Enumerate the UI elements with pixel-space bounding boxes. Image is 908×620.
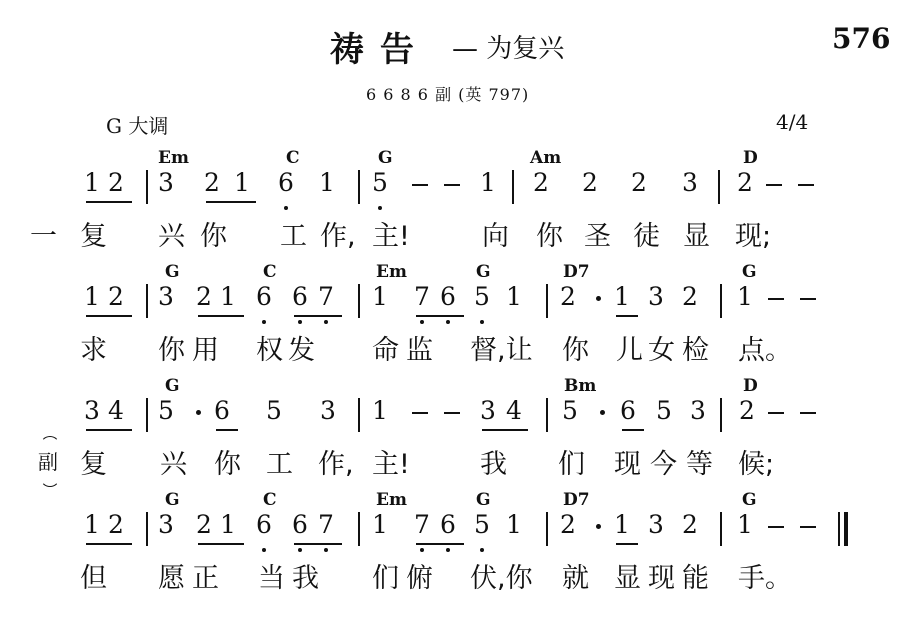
meter-info: 6 6 8 6 副 (英 797) [366, 82, 529, 105]
refrain-bracket-bottom [40, 472, 60, 487]
lyric-syllable: 我 [480, 442, 507, 481]
lyric-syllable: 圣 [584, 214, 611, 253]
note: 3 [82, 396, 102, 425]
chord-symbol: C [263, 490, 277, 510]
chord-symbol: G [165, 262, 180, 282]
sustain-dash [800, 526, 816, 528]
note: 1 [218, 510, 238, 539]
bar-line [358, 170, 360, 204]
lyric-syllable: 显 [614, 556, 641, 595]
lyric-syllable: 们 [372, 556, 399, 595]
note: 2 [680, 510, 700, 539]
bar-line [358, 512, 360, 546]
hymn-subtitle: — 为复兴 [452, 28, 564, 65]
note: 2 [737, 396, 757, 425]
bar-line [720, 512, 722, 546]
note: 3 [156, 168, 176, 197]
augmentation-dot [596, 524, 601, 529]
low-octave-dot [420, 548, 424, 552]
beam-underline [616, 543, 638, 545]
note: 7 [316, 282, 336, 311]
beam-underline [616, 315, 638, 317]
low-octave-dot [446, 548, 450, 552]
lyric-syllable: 督,让 [470, 328, 533, 367]
lyric-syllable: 主! [372, 442, 410, 481]
lyric-syllable: 作, [320, 214, 356, 253]
sustain-dash [768, 298, 784, 300]
beam-underline [198, 315, 244, 317]
augmentation-dot [600, 410, 605, 415]
beam-underline [86, 315, 132, 317]
sustain-dash [766, 184, 782, 186]
note: 2 [558, 282, 578, 311]
beam-underline [416, 543, 464, 545]
bar-line [146, 170, 148, 204]
note: 5 [560, 396, 580, 425]
note: 2 [106, 168, 126, 197]
note: 2 [106, 282, 126, 311]
chord-symbol: G [476, 490, 491, 510]
lyric-syllable: 就 [562, 556, 589, 595]
lyric-syllable: 现; [735, 214, 771, 253]
bar-line [546, 512, 548, 546]
beam-underline [294, 315, 342, 317]
lyric-syllable: 主! [372, 214, 410, 253]
note: 7 [316, 510, 336, 539]
lyric-syllable: 你 [214, 442, 241, 481]
note: 2 [735, 168, 755, 197]
chord-symbol: Am [530, 148, 561, 168]
note: 6 [618, 396, 638, 425]
lyric-syllable: 兴 [160, 442, 187, 481]
lyric-syllable: 作, [318, 442, 354, 481]
lyric-syllable: 工 [266, 442, 293, 481]
lyric-syllable: 正 [192, 556, 219, 595]
low-octave-dot [378, 206, 382, 210]
hymn-title: 祷 告 [330, 22, 416, 71]
note: 5 [264, 396, 284, 425]
beam-underline [294, 543, 342, 545]
low-octave-dot [324, 320, 328, 324]
low-octave-dot [262, 548, 266, 552]
augmentation-dot [196, 410, 201, 415]
note: 2 [194, 282, 214, 311]
lyric-syllable: 检 [682, 328, 709, 367]
note: 3 [646, 282, 666, 311]
bar-line [720, 284, 722, 318]
lyric-syllable: 我 [292, 556, 319, 595]
low-octave-dot [446, 320, 450, 324]
sustain-dash [444, 184, 460, 186]
lyric-syllable: 用 [192, 328, 219, 367]
note: 1 [370, 510, 390, 539]
bar-line [146, 398, 148, 432]
note: 5 [654, 396, 674, 425]
sustain-dash [768, 412, 784, 414]
chord-symbol: G [742, 490, 757, 510]
lyric-syllable: 愿 [158, 556, 185, 595]
note: 1 [735, 282, 755, 311]
lyric-syllable: 女 [648, 328, 675, 367]
note: 6 [212, 396, 232, 425]
low-octave-dot [298, 548, 302, 552]
note: 1 [317, 168, 337, 197]
verse-number: 一 [30, 214, 57, 253]
chord-symbol: C [286, 148, 300, 168]
chord-symbol: G [165, 490, 180, 510]
beam-underline [416, 315, 464, 317]
lyric-syllable: 你 [158, 328, 185, 367]
low-octave-dot [298, 320, 302, 324]
note: 3 [156, 282, 176, 311]
bar-line [718, 170, 720, 204]
lyric-syllable: 手。 [738, 556, 792, 595]
note: 2 [194, 510, 214, 539]
note: 1 [218, 282, 238, 311]
low-octave-dot [324, 548, 328, 552]
lyric-syllable: 向 [482, 214, 509, 253]
chord-symbol: D [743, 148, 758, 168]
bar-line [358, 284, 360, 318]
lyric-syllable: 们 [558, 442, 585, 481]
note: 4 [106, 396, 126, 425]
low-octave-dot [284, 206, 288, 210]
lyric-syllable: 发 [288, 328, 315, 367]
note: 1 [232, 168, 252, 197]
chord-symbol: G [476, 262, 491, 282]
lyric-syllable: 复 [80, 442, 107, 481]
note: 1 [735, 510, 755, 539]
sustain-dash [798, 184, 814, 186]
bar-line [146, 284, 148, 318]
chord-symbol: G [742, 262, 757, 282]
note: 1 [504, 282, 524, 311]
lyric-syllable: 复 [80, 214, 107, 253]
note: 2 [629, 168, 649, 197]
note: 1 [82, 510, 102, 539]
note: 1 [612, 510, 632, 539]
bar-line [358, 398, 360, 432]
chord-symbol: G [378, 148, 393, 168]
note: 3 [156, 510, 176, 539]
lyric-syllable: 监 [406, 328, 433, 367]
beam-underline [86, 201, 132, 203]
augmentation-dot [596, 296, 601, 301]
beam-underline [482, 429, 528, 431]
note: 6 [290, 282, 310, 311]
note: 3 [680, 168, 700, 197]
lyric-syllable: 你 [562, 328, 589, 367]
chord-symbol: Em [376, 490, 407, 510]
chord-symbol: Em [158, 148, 189, 168]
lyric-syllable: 等 [686, 442, 713, 481]
bar-line [546, 398, 548, 432]
note: 2 [580, 168, 600, 197]
lyric-syllable: 但 [80, 556, 107, 595]
note: 1 [504, 510, 524, 539]
beam-underline [206, 201, 256, 203]
lyric-syllable: 你 [200, 214, 227, 253]
note: 7 [412, 282, 432, 311]
sustain-dash [412, 412, 428, 414]
note: 5 [472, 510, 492, 539]
sustain-dash [768, 526, 784, 528]
lyric-syllable: 能 [682, 556, 709, 595]
note: 1 [370, 396, 390, 425]
note: 7 [412, 510, 432, 539]
final-bar-thin [838, 512, 840, 546]
note: 1 [82, 168, 102, 197]
note: 2 [680, 282, 700, 311]
lyric-syllable: 今 [650, 442, 677, 481]
beam-underline [622, 429, 644, 431]
low-octave-dot [480, 548, 484, 552]
sustain-dash [800, 298, 816, 300]
note: 1 [82, 282, 102, 311]
note: 3 [646, 510, 666, 539]
bar-line [146, 512, 148, 546]
lyric-syllable: 求 [80, 328, 107, 367]
note: 6 [276, 168, 296, 197]
lyric-syllable: 俯 [406, 556, 433, 595]
bar-line [720, 398, 722, 432]
note: 1 [478, 168, 498, 197]
note: 1 [612, 282, 632, 311]
note: 6 [438, 282, 458, 311]
lyric-syllable: 工 [280, 214, 307, 253]
beam-underline [216, 429, 238, 431]
lyric-syllable: 点。 [738, 328, 792, 367]
note: 3 [478, 396, 498, 425]
low-octave-dot [420, 320, 424, 324]
bar-line [512, 170, 514, 204]
chord-symbol: C [263, 262, 277, 282]
chord-symbol: D7 [563, 490, 590, 510]
sustain-dash [412, 184, 428, 186]
note: 5 [156, 396, 176, 425]
note: 2 [106, 510, 126, 539]
note: 1 [370, 282, 390, 311]
note: 6 [254, 510, 274, 539]
chord-symbol: Bm [564, 376, 596, 396]
lyric-syllable: 兴 [158, 214, 185, 253]
beam-underline [86, 429, 132, 431]
sustain-dash [800, 412, 816, 414]
time-signature: 4/4 [776, 110, 808, 134]
note: 5 [370, 168, 390, 197]
lyric-syllable: 徒 [633, 214, 660, 253]
key-signature: G 大调 [106, 110, 168, 139]
lyric-syllable: 伏,你 [470, 556, 533, 595]
note: 3 [688, 396, 708, 425]
note: 5 [472, 282, 492, 311]
note: 6 [254, 282, 274, 311]
beam-underline [198, 543, 244, 545]
low-octave-dot [262, 320, 266, 324]
lyric-syllable: 现 [648, 556, 675, 595]
chord-symbol: G [165, 376, 180, 396]
note: 6 [290, 510, 310, 539]
refrain-label: 副 [38, 446, 58, 475]
hymn-number: 576 [832, 22, 890, 55]
bar-line [546, 284, 548, 318]
lyric-syllable: 候; [738, 442, 774, 481]
note: 2 [531, 168, 551, 197]
lyric-syllable: 现 [614, 442, 641, 481]
note: 4 [504, 396, 524, 425]
lyric-syllable: 显 [683, 214, 710, 253]
note: 2 [202, 168, 222, 197]
lyric-syllable: 命 [372, 328, 399, 367]
sustain-dash [444, 412, 460, 414]
note: 3 [318, 396, 338, 425]
lyric-syllable: 权 [256, 328, 283, 367]
lyric-syllable: 当 [258, 556, 285, 595]
final-bar-thick [844, 512, 848, 546]
chord-symbol: D7 [563, 262, 590, 282]
note: 6 [438, 510, 458, 539]
beam-underline [86, 543, 132, 545]
note: 2 [558, 510, 578, 539]
lyric-syllable: 你 [536, 214, 563, 253]
lyric-syllable: 儿 [616, 328, 643, 367]
chord-symbol: D [743, 376, 758, 396]
chord-symbol: Em [376, 262, 407, 282]
low-octave-dot [480, 320, 484, 324]
